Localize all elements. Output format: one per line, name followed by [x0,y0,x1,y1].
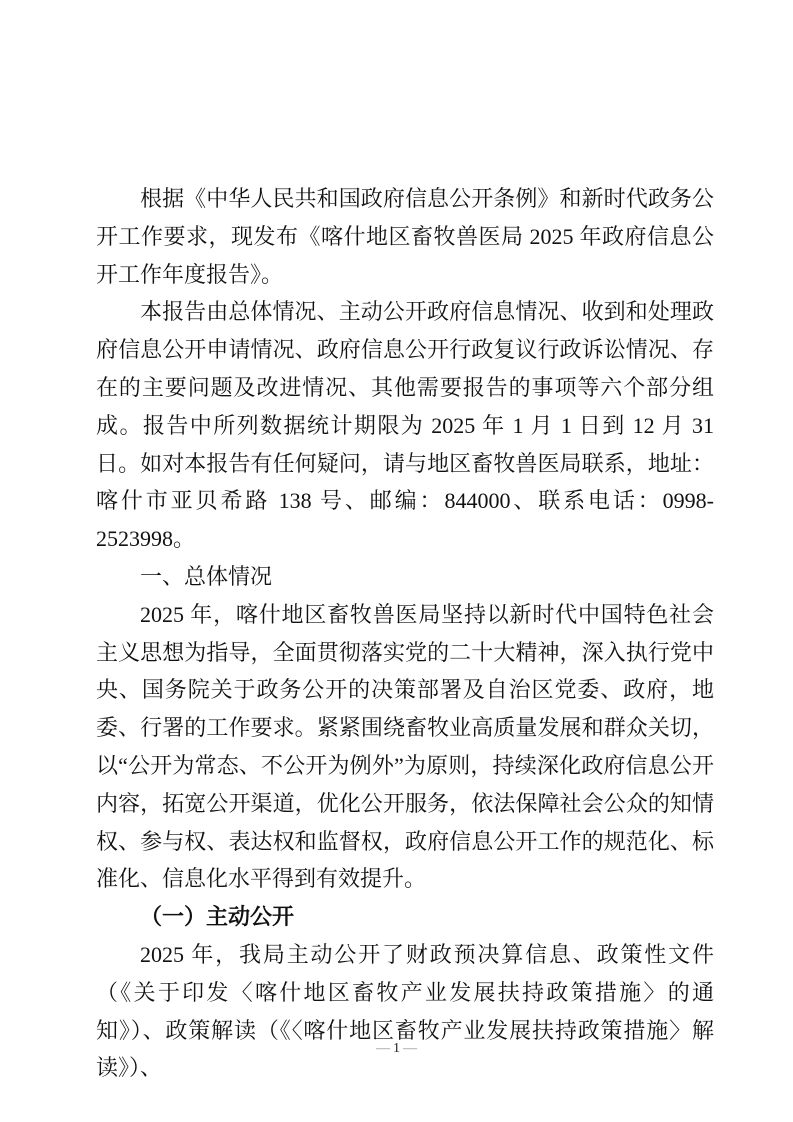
document-body: 根据《中华人民共和国政府信息公开条例》和新时代政务公开工作要求，现发布《喀什地区… [96,180,714,1087]
page-footer: —1— [0,1040,793,1058]
paragraph-report-structure: 本报告由总体情况、主动公开政府信息情况、收到和处理政府信息公开申请情况、政府信息… [96,293,714,558]
footer-dash-right: — [403,1041,417,1056]
document-page: 根据《中华人民共和国政府信息公开条例》和新时代政务公开工作要求，现发布《喀什地区… [0,0,793,1122]
paragraph-intro: 根据《中华人民共和国政府信息公开条例》和新时代政务公开工作要求，现发布《喀什地区… [96,180,714,293]
paragraph-proactive-disclosure: 2025 年，我局主动公开了财政预决算信息、政策性文件（《关于印发〈喀什地区畜牧… [96,936,714,1087]
paragraph-overall-situation: 2025 年，喀什地区畜牧兽医局坚持以新时代中国特色社会主义思想为指导，全面贯彻… [96,596,714,898]
page-number: 1 [393,1041,400,1056]
section-heading-overall-situation: 一、总体情况 [96,558,714,596]
subsection-heading-proactive-disclosure: （一）主动公开 [96,898,714,936]
footer-dash-left: — [376,1041,390,1056]
